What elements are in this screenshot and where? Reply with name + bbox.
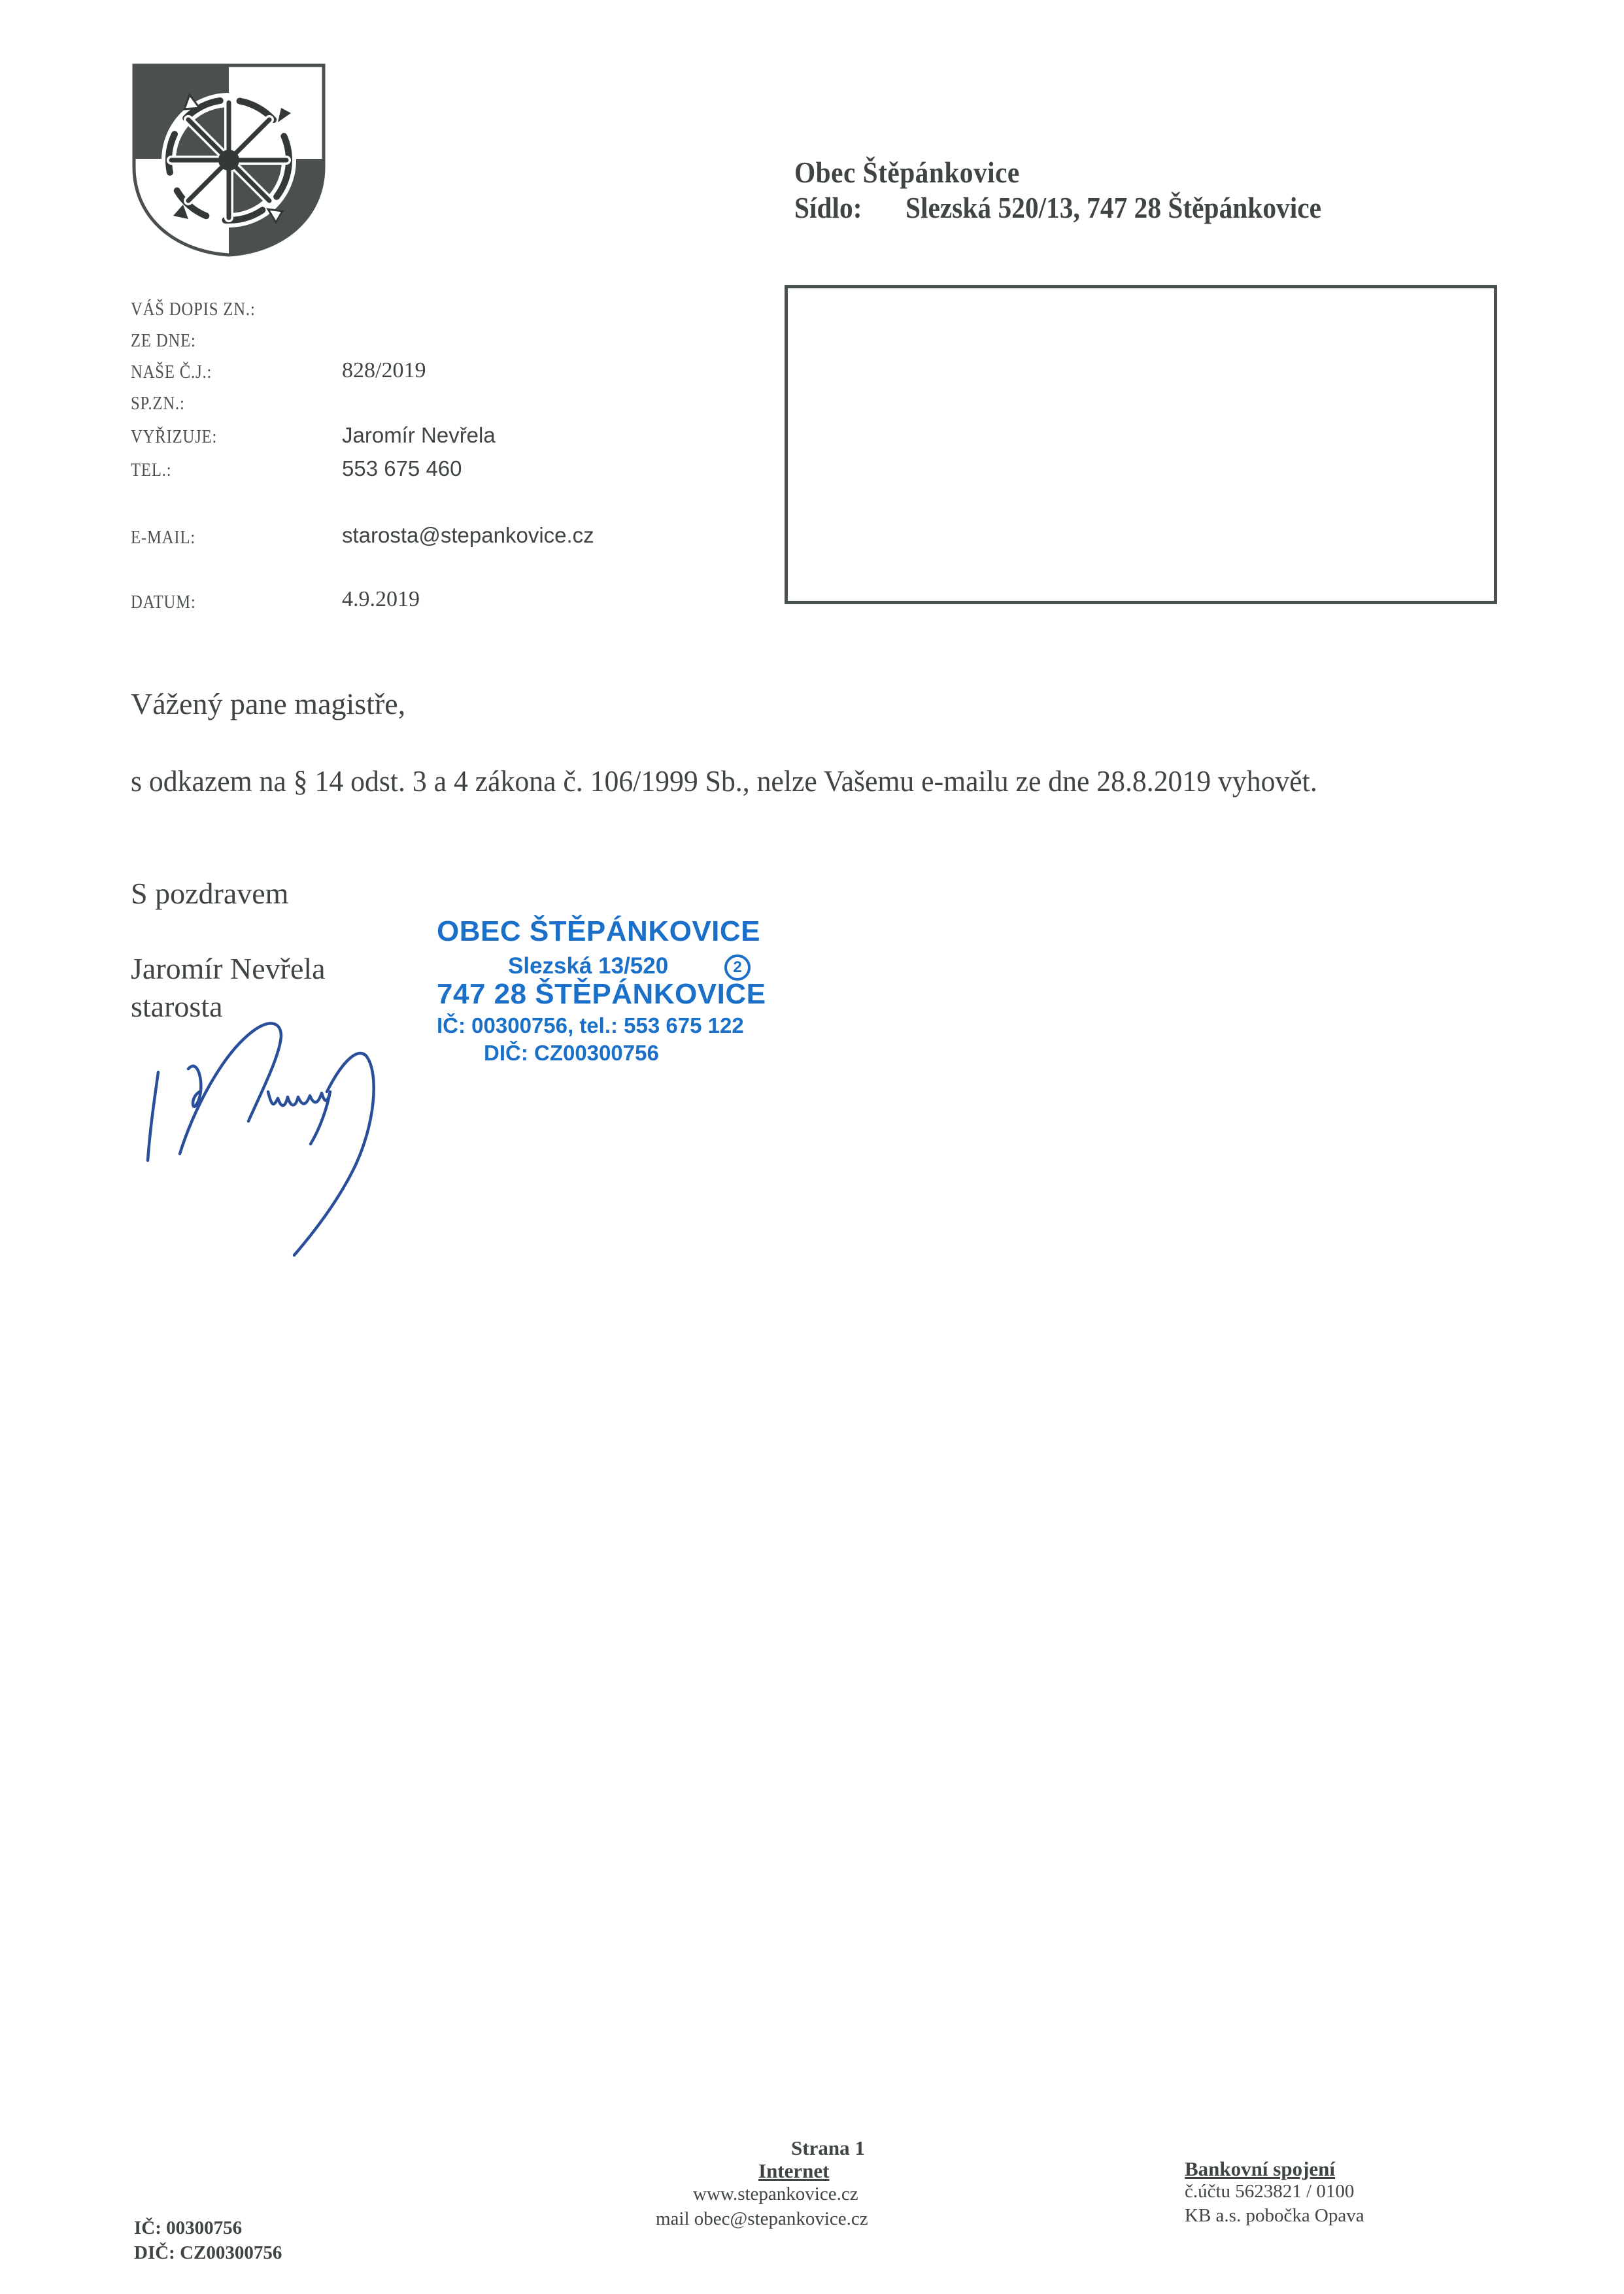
- footer-bank-branch: KB a.s. pobočka Opava: [1185, 2205, 1364, 2227]
- closing: S pozdravem: [131, 876, 288, 911]
- ref-label-date: DATUM:: [131, 592, 196, 613]
- stamp-street: Slezská 13/520: [508, 953, 668, 979]
- stamp-dic: DIČ: CZ00300756: [484, 1041, 659, 1066]
- seat-address: Slezská 520/13, 747 28 Štěpánkovice: [905, 191, 1321, 225]
- ref-label-our-ref: NAŠE Č.J.:: [131, 362, 212, 383]
- footer-bank-heading: Bankovní spojení: [1185, 2157, 1335, 2181]
- footer-email: mail obec@stepankovice.cz: [656, 2208, 868, 2230]
- signer-name: Jaromír Nevřela: [131, 951, 326, 986]
- organization-name: Obec Štěpánkovice: [794, 156, 1020, 190]
- ref-label-file-mark: SP.ZN.:: [131, 393, 185, 414]
- footer-bank-account: č.účtu 5623821 / 0100: [1185, 2181, 1354, 2202]
- ref-value-handled-by: Jaromír Nevřela: [342, 423, 496, 448]
- letter-body: s odkazem na § 14 odst. 3 a 4 zákona č. …: [131, 764, 1317, 798]
- ref-label-handled-by: VYŘIZUJE:: [131, 426, 217, 448]
- ref-label-your-letter: VÁŠ DOPIS ZN.:: [131, 299, 256, 320]
- stamp-number-badge: 2: [724, 954, 751, 981]
- seat-label: Sídlo:: [794, 191, 862, 225]
- stamp-org-name: OBEC ŠTĚPÁNKOVICE: [437, 915, 760, 948]
- coat-of-arms-icon: [131, 62, 327, 258]
- ref-label-email: E-MAIL:: [131, 527, 195, 548]
- ref-value-our-ref: 828/2019: [342, 358, 426, 383]
- salutation: Vážený pane magistře,: [131, 686, 405, 721]
- footer-ic: IČ: 00300756: [134, 2218, 242, 2239]
- footer-internet-heading: Internet: [758, 2159, 829, 2183]
- ref-label-phone: TEL.:: [131, 460, 171, 481]
- ref-value-email: starosta@stepankovice.cz: [342, 523, 594, 548]
- ref-value-date: 4.9.2019: [342, 587, 420, 612]
- page-number: Strana 1: [791, 2136, 865, 2160]
- recipient-address-box: [785, 285, 1497, 604]
- handwritten-signature-icon: [131, 994, 497, 1268]
- footer-dic: DIČ: CZ00300756: [134, 2242, 282, 2264]
- footer-website: www.stepankovice.cz: [693, 2184, 858, 2205]
- ref-label-date-of: ZE DNE:: [131, 330, 196, 352]
- ref-value-phone: 553 675 460: [342, 456, 462, 481]
